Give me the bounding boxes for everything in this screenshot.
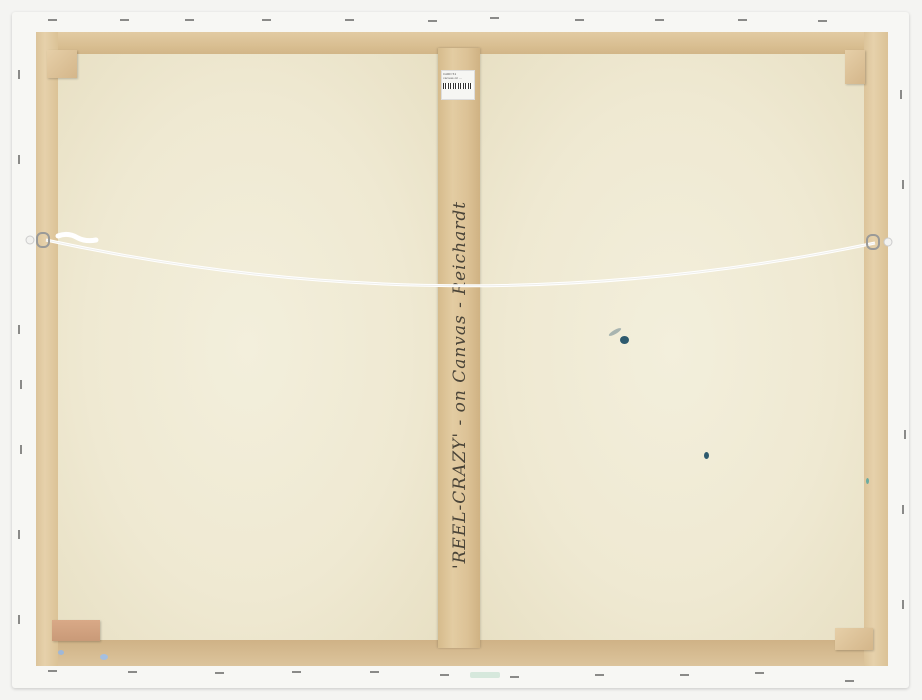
- corner-key-bottom-left: [52, 620, 100, 641]
- canvas-back-right-panel: [480, 54, 864, 640]
- inscription-text: 'REEL-CRAZY' - on Canvas - Reichardt: [450, 201, 470, 569]
- stretcher-bar-right: [864, 32, 888, 666]
- canvas-back-left-panel: [58, 54, 438, 640]
- corner-key-top-right: [845, 50, 865, 84]
- barcode-icon: [443, 83, 473, 89]
- handwritten-inscription: 'REEL-CRAZY' - on Canvas - Reichardt: [425, 150, 495, 620]
- corner-key-top-left: [47, 50, 77, 78]
- stretcher-bar-left: [36, 32, 58, 666]
- corner-key-bottom-right: [835, 628, 873, 650]
- label-sticker: CARD 51 canvas oil ...: [441, 70, 475, 100]
- label-line: canvas oil ...: [443, 76, 473, 80]
